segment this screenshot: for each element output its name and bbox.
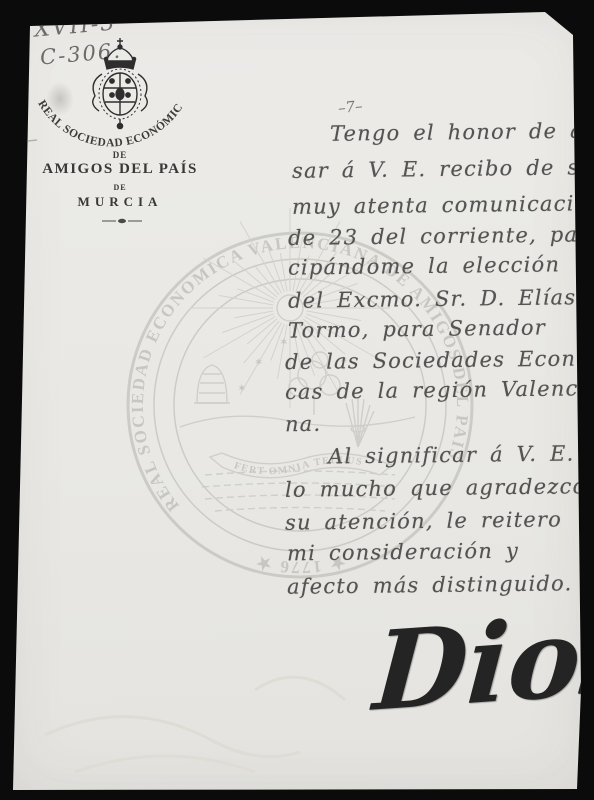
ghost-show-through (0, 0, 594, 800)
document-page: REAL SOCIEDAD ECONOMICA VALENCIANA DE AM… (0, 0, 594, 800)
scan-background: REAL SOCIEDAD ECONOMICA VALENCIANA DE AM… (0, 0, 594, 800)
